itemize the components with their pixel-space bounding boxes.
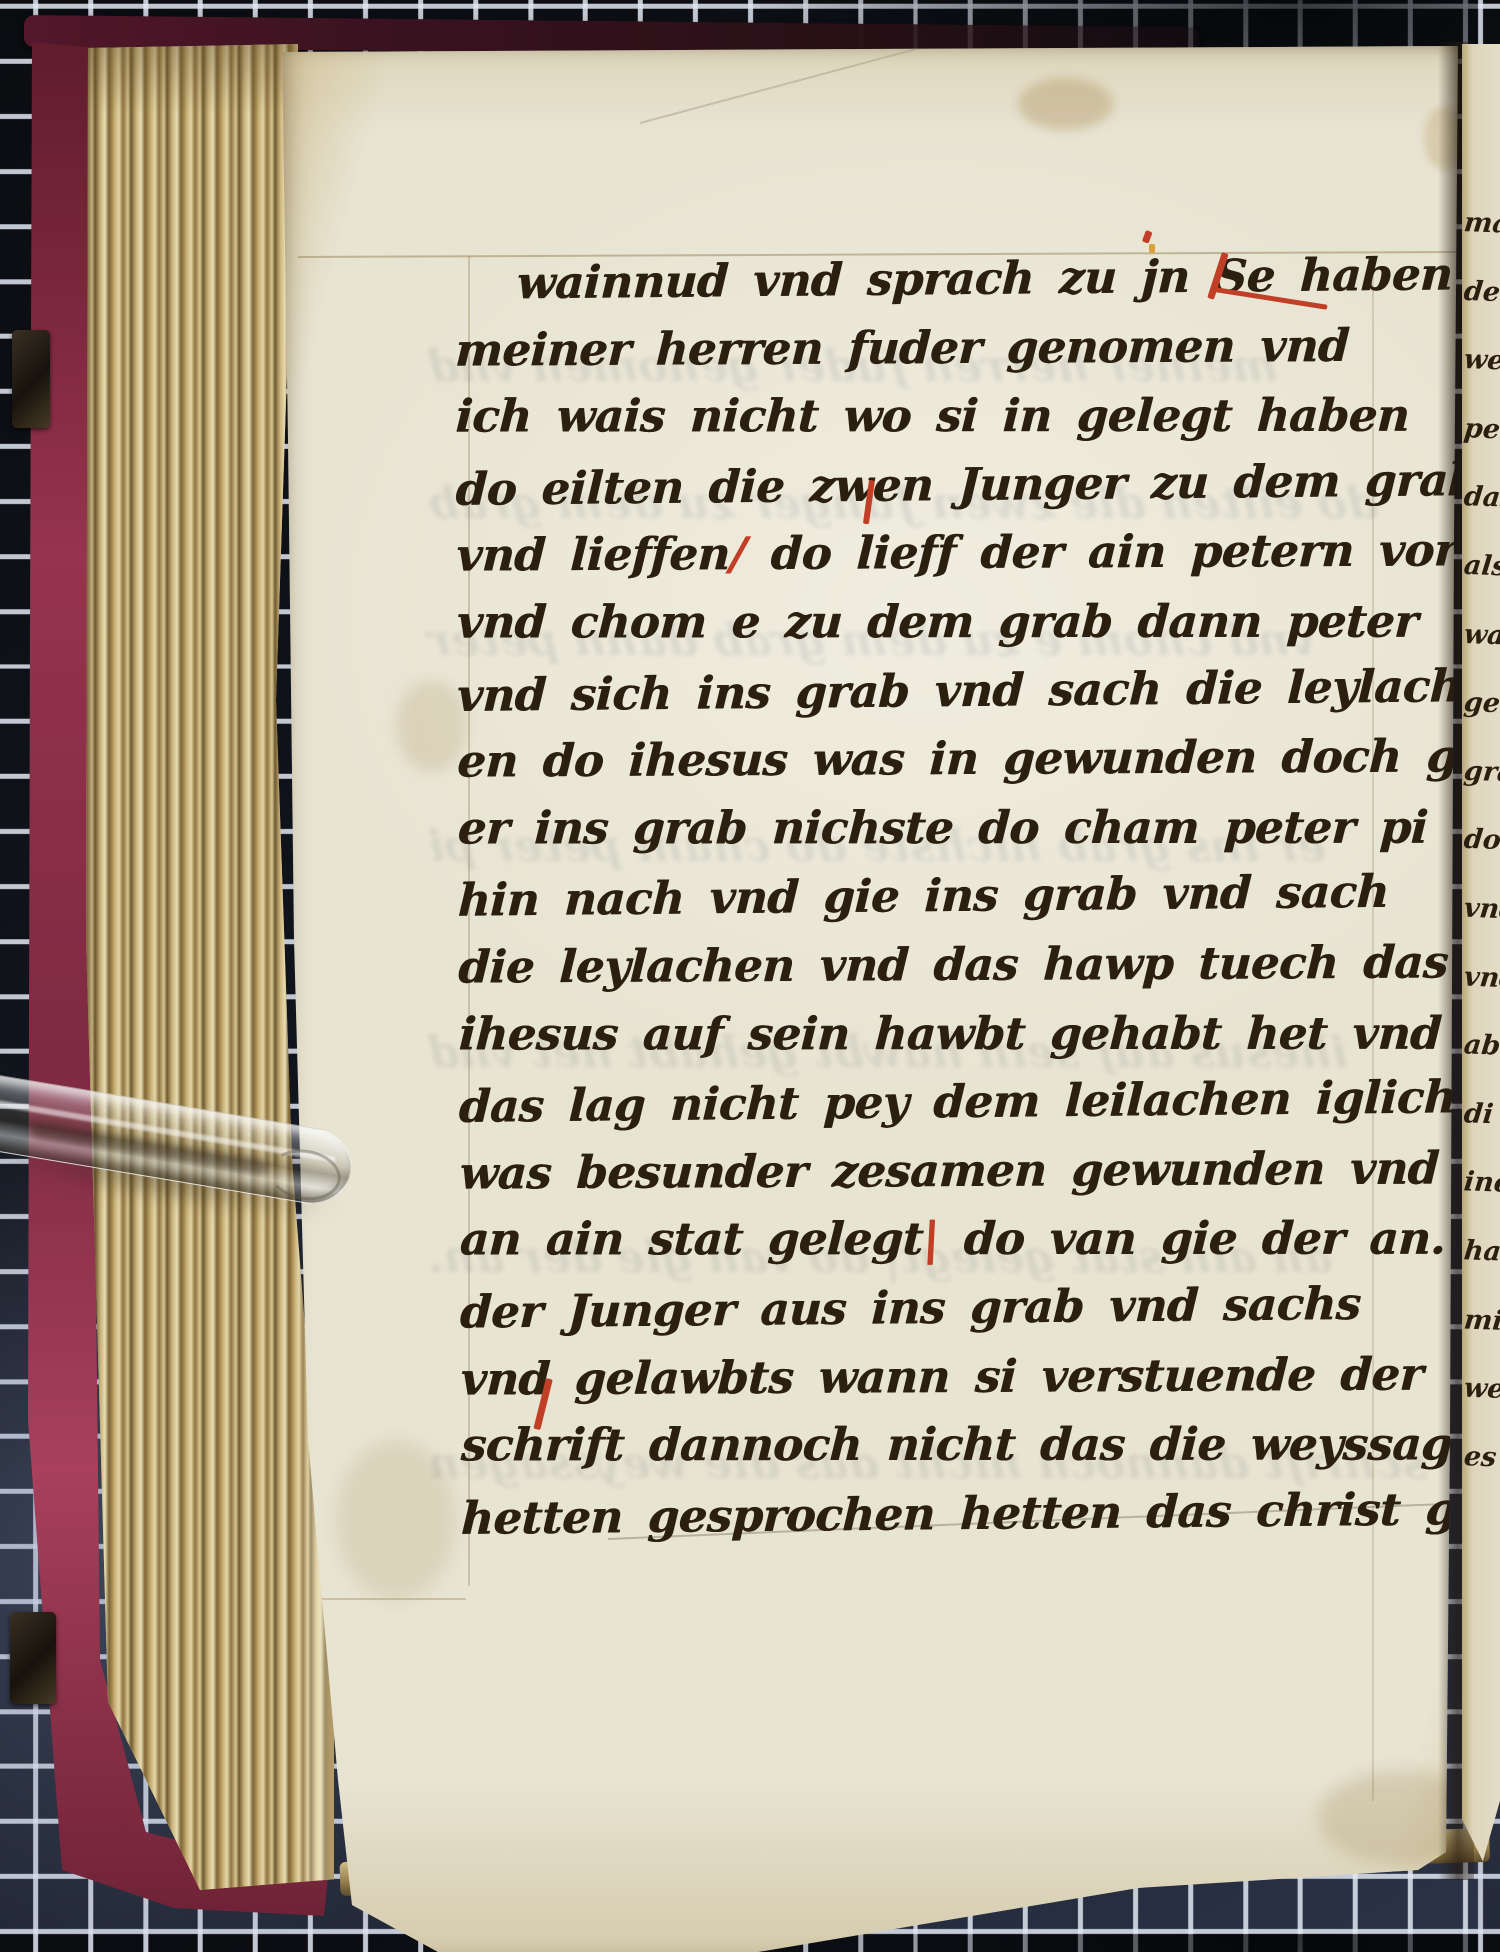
text-segment: das lag nicht pey dem leilachen iglichs)	[458, 1070, 1500, 1133]
text-block: wainnud vnd sprach zu jn Se habenmeiner …	[454, 249, 1481, 1594]
text-segment: wainnud vnd sprach zu jn	[516, 250, 1216, 310]
next-page-text-fragment: inen g	[1462, 1167, 1500, 1201]
text-segment: do eilten die zwen Junger zu dem grab	[455, 453, 1480, 516]
text-segment: hin nach vnd gie ins grab vnd sach	[457, 865, 1390, 927]
text-line: ich wais nicht wo si in gelegt haben	[454, 389, 1411, 452]
text-line: do eilten die zwen Junger zu dem grab	[454, 453, 1480, 525]
text-line: vnd sich ins grab vnd sach die leylach=	[455, 659, 1500, 731]
text-line: ihesus auf sein hawbt gehabt het vnd	[457, 1006, 1442, 1069]
next-page-text-fragment: pet	[1462, 413, 1500, 446]
text-segment: die leylachen vnd das hawp tuech das	[457, 935, 1449, 993]
text-segment: schrift dannoch nicht das die weyssagen	[460, 1418, 1500, 1472]
text-line: vnd gelawbts wann si verstuende der	[459, 1347, 1424, 1414]
next-page-text-fragment: es wais	[1462, 1441, 1500, 1476]
next-page-text-fragment: wenn	[1462, 1373, 1500, 1407]
surface-scratch	[640, 39, 950, 124]
text-segment: vnd sich ins grab vnd sach die leylach=	[456, 659, 1500, 722]
text-line: meiner herren fuder genomen vnd	[454, 319, 1351, 386]
next-page-text-fragment: wer	[1462, 344, 1500, 377]
text-line: schrift dannoch nicht das die weyssagen	[459, 1418, 1500, 1481]
text-segment: vnd chom e zu dem grab dann peter	[455, 595, 1418, 649]
red-pigment-speck	[1142, 230, 1153, 244]
next-page-text-fragment: di prof	[1462, 1098, 1500, 1132]
text-segment: vnd gelawbts wann si verstuende der	[459, 1347, 1424, 1405]
next-page-text-fragment: vnd f	[1462, 893, 1500, 927]
stain	[1018, 78, 1113, 130]
text-segment: was besunder zesamen gewunden vnd	[458, 1141, 1440, 1199]
text-segment: do lieff der ain petern vor	[744, 524, 1458, 581]
manuscript-page: meiner herren fuder genomen vnddo eilten…	[278, 40, 1464, 1952]
text-line: vnd lieffen/ do lieff der ain petern vor	[455, 524, 1459, 591]
next-page-text-fragment: hatten	[1462, 1235, 1500, 1269]
next-page-text-fragment: geb	[1462, 687, 1500, 720]
rod-tip-oval	[265, 1144, 344, 1205]
text-segment: do van gie der an.	[937, 1212, 1446, 1265]
next-page-text-fragment: was	[1462, 619, 1500, 652]
manuscript-photograph: meiner herren fuder genomen vnddo eilten…	[0, 0, 1500, 1952]
next-page-text-fragment: ma	[1462, 207, 1500, 240]
text-line: an ain stat gelegt| do van gie der an.	[458, 1212, 1447, 1275]
text-line: wainnud vnd sprach zu jn Se haben	[515, 247, 1453, 318]
book-clasp-lower	[10, 1612, 56, 1704]
next-page-text-fragment: alsd	[1462, 550, 1500, 583]
text-line: das lag nicht pey dem leilachen iglichs)	[458, 1070, 1500, 1142]
next-page-edge: mademwerpetdasalsdwasgebgrabdochvnd fvnd…	[1462, 44, 1500, 1874]
text-segment: an ain stat gelegt	[459, 1212, 925, 1265]
yellow-pigment-speck	[1149, 244, 1155, 253]
text-line: vnd chom e zu dem grab dann peter	[455, 595, 1419, 658]
next-page-text-fragment: grab	[1462, 756, 1500, 789]
text-segment: ihesus auf sein hawbt gehabt het vnd	[458, 1006, 1443, 1060]
text-line: hetten gesprochen hetten das christ ge	[460, 1482, 1486, 1554]
text-segment: hetten gesprochen hetten das christ ge	[460, 1482, 1486, 1545]
book-clasp-upper	[12, 330, 50, 428]
next-page-text-fragment: das	[1462, 482, 1500, 515]
text-line: hin nach vnd gie ins grab vnd sach	[456, 865, 1389, 936]
next-page-text-fragment: vnd g	[1462, 961, 1500, 995]
text-segment: en do ihesus was in gewunden doch gie	[456, 729, 1500, 787]
text-segment: der Junger aus ins grab vnd sachs	[459, 1277, 1362, 1339]
text-segment: er ins grab nichste do cham peter pi	[457, 800, 1429, 854]
text-segment: ich wais nicht wo si in gelegt haben	[454, 389, 1410, 443]
text-line: er ins grab nichste do cham peter pi	[456, 800, 1429, 863]
text-line: die leylachen vnd das hawp tuech das	[457, 935, 1449, 1002]
text-segment: vnd lieffen	[455, 528, 731, 582]
text-line: was besunder zesamen gewunden vnd	[458, 1141, 1440, 1208]
next-page-text-fragment: aber f	[1462, 1030, 1500, 1064]
next-page-text-fragment: doch	[1462, 824, 1500, 857]
text-segment: meiner herren fuder genomen vnd	[454, 319, 1350, 377]
text-line: en do ihesus was in gewunden doch gie	[456, 729, 1500, 796]
next-page-text-fragment: mis d	[1462, 1304, 1500, 1338]
next-page-text-fragment: dem	[1462, 276, 1500, 309]
text-line: der Junger aus ins grab vnd sachs	[459, 1277, 1362, 1348]
